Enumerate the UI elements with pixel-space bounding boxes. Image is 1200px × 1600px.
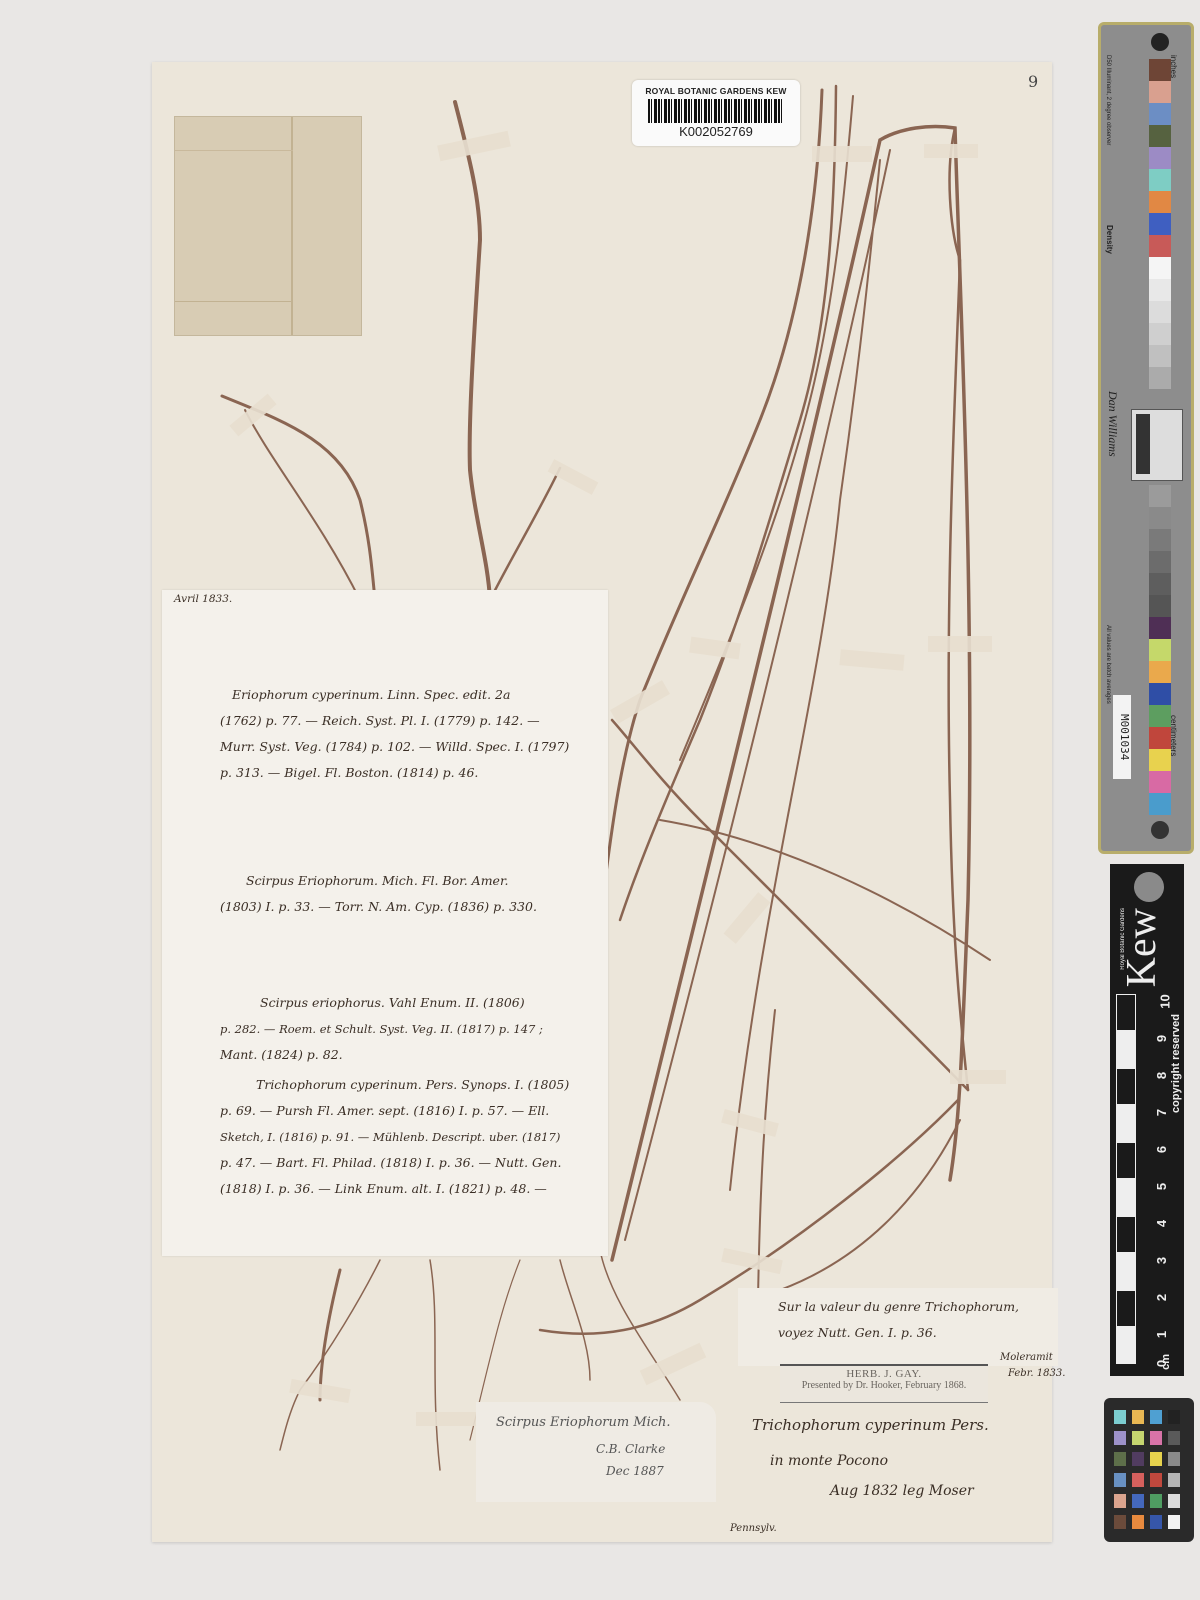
institution-name: ROYAL BOTANIC GARDENS KEW	[632, 86, 800, 96]
scale-segment	[1116, 1031, 1136, 1068]
color-patch	[1149, 125, 1171, 147]
kew-unit: cm	[1160, 1354, 1172, 1370]
checker-swatch	[1114, 1410, 1126, 1424]
color-patch	[1149, 749, 1171, 771]
note-line: (1818) I. p. 36. — Link Enum. alt. I. (1…	[220, 1176, 547, 1202]
checker-swatch	[1114, 1473, 1126, 1487]
note-line: Eriophorum cyperinum. Linn. Spec. edit. …	[232, 682, 510, 708]
checker-swatch	[1168, 1452, 1180, 1466]
gray-patch	[1149, 485, 1171, 507]
scale-tick: 8	[1154, 1072, 1169, 1079]
checker-swatch	[1132, 1452, 1144, 1466]
cm-scale	[1116, 994, 1156, 1364]
ruler-hole	[1151, 821, 1169, 839]
checker-swatch	[1168, 1515, 1180, 1529]
kew-logo: Kew	[1118, 908, 1178, 987]
scale-segment	[1116, 1327, 1136, 1364]
scale-segment	[1116, 1105, 1136, 1142]
checker-swatch	[1150, 1515, 1162, 1529]
color-patch	[1149, 661, 1171, 683]
barcode-number: K002052769	[632, 124, 800, 139]
checker-swatch	[1114, 1515, 1126, 1529]
gray-patch	[1149, 551, 1171, 573]
checker-swatch	[1168, 1410, 1180, 1424]
note-line: p. 313. — Bigel. Fl. Boston. (1814) p. 4…	[220, 760, 478, 786]
color-patch	[1149, 771, 1171, 793]
kew-scale-bar: Royal Botanic Gardens Kew 10 9 8 7 6 5 4…	[1110, 864, 1184, 1376]
scale-segment	[1116, 1216, 1136, 1253]
color-checker-card	[1104, 1398, 1194, 1542]
color-patch	[1149, 169, 1171, 191]
kew-crest-icon	[1134, 872, 1164, 902]
note-line: Sketch, I. (1816) p. 91. — Mühlenb. Desc…	[220, 1124, 560, 1150]
ruler-brand: Dan Williams	[1105, 391, 1120, 457]
ruler-target-block	[1136, 414, 1150, 474]
herbarium-provenance: Presented by Dr. Hooker, February 1868.	[780, 1380, 988, 1391]
ruler-hole	[1151, 33, 1169, 51]
clarke-taxon: Scirpus Eriophorum Mich.	[496, 1410, 671, 1436]
ruler-density-label: Density	[1105, 225, 1114, 254]
gray-patch	[1149, 529, 1171, 551]
barcode	[648, 99, 784, 123]
scale-tick: 2	[1154, 1294, 1169, 1301]
checker-swatch	[1168, 1473, 1180, 1487]
checker-swatch	[1132, 1410, 1144, 1424]
herbarium-title: HERB. J. GAY.	[780, 1368, 988, 1380]
note-line: Mant. (1824) p. 82.	[220, 1042, 343, 1068]
color-patch	[1149, 59, 1171, 81]
scale-tick: 6	[1154, 1146, 1169, 1153]
scale-tick: 1	[1154, 1331, 1169, 1338]
scale-segment	[1116, 1142, 1136, 1179]
color-patch	[1149, 81, 1171, 103]
color-patch	[1149, 235, 1171, 257]
note-line: Scirpus Eriophorum. Mich. Fl. Bor. Amer.	[246, 868, 509, 894]
note-line: p. 282. — Roem. et Schult. Syst. Veg. II…	[220, 1016, 543, 1042]
checker-swatch	[1168, 1431, 1180, 1445]
side-note-line: Febr. 1833.	[1008, 1366, 1065, 1382]
clarke-label: Scirpus Eriophorum Mich. C.B. Clarke Dec…	[476, 1402, 716, 1502]
gray-patch	[1149, 507, 1171, 529]
ruler-footnote: All values are batch averages	[1105, 625, 1111, 704]
scale-tick: 5	[1154, 1183, 1169, 1190]
checker-swatch	[1150, 1410, 1162, 1424]
gray-patch	[1149, 257, 1171, 279]
color-patch	[1149, 147, 1171, 169]
gray-patch	[1149, 323, 1171, 345]
checker-swatch	[1150, 1452, 1162, 1466]
herbarium-label: HERB. J. GAY. Presented by Dr. Hooker, F…	[780, 1364, 988, 1403]
ruler-id: M001034	[1113, 695, 1131, 779]
scale-tick: 10	[1158, 994, 1173, 1008]
checker-swatch	[1150, 1494, 1162, 1508]
checker-swatch	[1114, 1431, 1126, 1445]
scale-segment	[1116, 994, 1136, 1031]
collection-signature: Pennsylv.	[730, 1516, 777, 1542]
color-patch	[1149, 683, 1171, 705]
ruler-cm-label: centimeters	[1169, 715, 1178, 756]
checker-swatch	[1132, 1431, 1144, 1445]
clarke-date: Dec 1887	[606, 1458, 664, 1484]
color-calibration-ruler: inches D50 Illuminant, 2 degree observer…	[1098, 22, 1194, 854]
scale-tick: 7	[1154, 1109, 1169, 1116]
note-date: Avril 1833.	[174, 586, 232, 612]
kew-copyright: copyright reserved	[1170, 1014, 1182, 1113]
genus-note-line: voyez Nutt. Gen. I. p. 36.	[778, 1320, 937, 1346]
color-patch	[1149, 793, 1171, 815]
color-patch	[1149, 705, 1171, 727]
checker-swatch	[1168, 1494, 1180, 1508]
color-patch	[1149, 103, 1171, 125]
synonymy-note: Avril 1833. Eriophorum cyperinum. Linn. …	[162, 590, 608, 1256]
collection-taxon: Trichophorum cyperinum Pers.	[752, 1412, 989, 1438]
checker-swatch	[1150, 1473, 1162, 1487]
checker-swatch	[1132, 1494, 1144, 1508]
checker-swatch	[1132, 1473, 1144, 1487]
color-patch	[1149, 639, 1171, 661]
checker-swatch	[1114, 1452, 1126, 1466]
color-patch	[1149, 213, 1171, 235]
checker-swatch	[1150, 1431, 1162, 1445]
gray-patch	[1149, 345, 1171, 367]
note-line: Trichophorum cyperinum. Pers. Synops. I.…	[256, 1072, 569, 1098]
ruler-illuminant: D50 Illuminant, 2 degree observer	[1105, 55, 1111, 145]
scale-segment	[1116, 1179, 1136, 1216]
note-line: Murr. Syst. Veg. (1784) p. 102. — Willd.…	[220, 734, 569, 760]
note-line: (1762) p. 77. — Reich. Syst. Pl. I. (177…	[220, 708, 540, 734]
scale-tick: 4	[1154, 1220, 1169, 1227]
scale-segment	[1116, 1068, 1136, 1105]
color-patch	[1149, 617, 1171, 639]
collection-date-collector: Aug 1832 leg Moser	[830, 1478, 974, 1504]
gray-patch	[1149, 595, 1171, 617]
side-note-line: Moleramit	[1000, 1350, 1053, 1366]
scale-segment	[1116, 1253, 1136, 1290]
gray-patch	[1149, 279, 1171, 301]
color-patch	[1149, 727, 1171, 749]
barcode-label: ROYAL BOTANIC GARDENS KEW K002052769	[632, 80, 800, 146]
gray-patch	[1149, 301, 1171, 323]
checker-swatch	[1114, 1494, 1126, 1508]
note-line: Scirpus eriophorus. Vahl Enum. II. (1806…	[260, 990, 525, 1016]
note-line: p. 47. — Bart. Fl. Philad. (1818) I. p. …	[220, 1150, 561, 1176]
genus-note-line: Sur la valeur du genre Trichophorum,	[778, 1294, 1019, 1320]
note-line: (1803) I. p. 33. — Torr. N. Am. Cyp. (18…	[220, 894, 537, 920]
gray-patch	[1149, 367, 1171, 389]
collection-locality: in monte Pocono	[770, 1448, 888, 1474]
scale-tick: 9	[1154, 1035, 1169, 1042]
note-line: p. 69. — Pursh Fl. Amer. sept. (1816) I.…	[220, 1098, 549, 1124]
checker-swatch	[1132, 1515, 1144, 1529]
ruler-target	[1131, 409, 1183, 481]
scale-segment	[1116, 1290, 1136, 1327]
gray-patch	[1149, 573, 1171, 595]
scale-tick: 3	[1154, 1257, 1169, 1264]
color-patch	[1149, 191, 1171, 213]
